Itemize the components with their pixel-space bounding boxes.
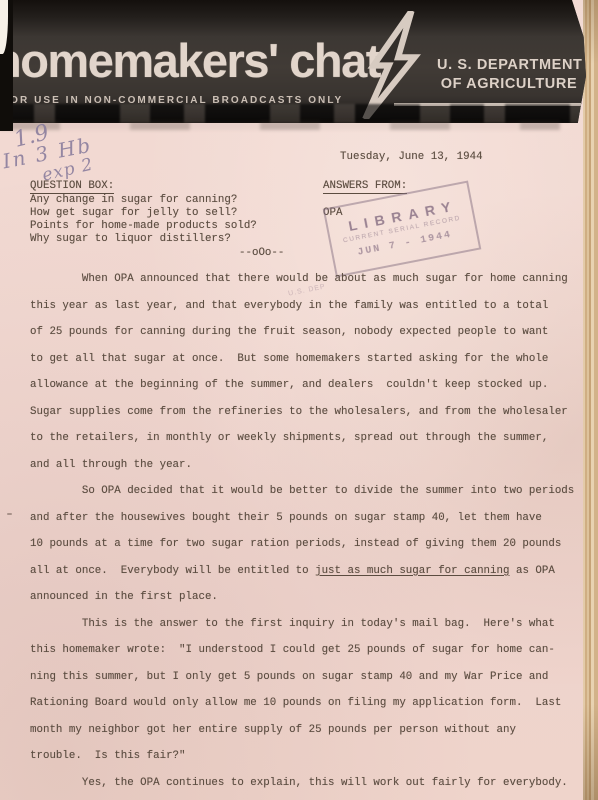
- question-item: Why sugar to liquor distillers?: [30, 233, 257, 246]
- body-line: to the retailers, in monthly or weekly s…: [30, 425, 582, 452]
- body-line: and after the housewives bought their 5 …: [30, 505, 582, 532]
- masthead-banner: homemakers' chat FOR USE IN NON-COMMERCI…: [0, 0, 586, 123]
- agency-line1: U. S. DEPARTMENT: [437, 56, 581, 75]
- question-item: Points for home-made products sold?: [30, 220, 257, 233]
- body-line: So OPA decided that it would be better t…: [30, 478, 582, 505]
- body-line: to get all that sugar at once. But some …: [30, 346, 582, 373]
- body-line: Sugar supplies come from the refineries …: [30, 399, 582, 426]
- section-separator: --oOo--: [239, 247, 284, 259]
- body-line: Yes, the OPA continues to explain, this …: [30, 770, 582, 797]
- date-line: Tuesday, June 13, 1944: [340, 151, 483, 163]
- body-line-with-underline: all at once. Everybody will be entitled …: [30, 558, 582, 585]
- underlined-phrase: just as much sugar for canning: [315, 565, 509, 577]
- body-line: When OPA announced that there would be a…: [30, 266, 582, 293]
- answers-from-heading: ANSWERS FROM:: [323, 180, 407, 194]
- body-line: This is the answer to the first inquiry …: [30, 611, 582, 638]
- scanned-document-page: homemakers' chat FOR USE IN NON-COMMERCI…: [0, 0, 598, 800]
- body-text: When OPA announced that there would be a…: [30, 266, 582, 796]
- body-line-suffix: as OPA: [509, 565, 554, 577]
- body-line: this homemaker wrote: "I understood I co…: [30, 637, 582, 664]
- agency-line2: OF AGRICULTURE: [437, 75, 581, 94]
- body-line: and all through the year.: [30, 452, 582, 479]
- body-line: month my neighbor got her entire supply …: [30, 717, 582, 744]
- ink-speck: [7, 513, 12, 515]
- question-item: How get sugar for jelly to sell?: [30, 207, 257, 220]
- body-line: trouble. Is this fair?": [30, 743, 582, 770]
- question-box: QUESTION BOX: Any change in sugar for ca…: [30, 180, 257, 246]
- body-line: announced in the first place.: [30, 584, 582, 611]
- body-line: of 25 pounds for canning during the frui…: [30, 319, 582, 346]
- body-line: ning this summer, but I only get 5 pound…: [30, 664, 582, 691]
- body-line: Rationing Board would only allow me 10 p…: [30, 690, 582, 717]
- body-line: allowance at the beginning of the summer…: [30, 372, 582, 399]
- page-edge-texture: [583, 0, 598, 800]
- scan-smear: [0, 121, 560, 130]
- body-line-prefix: all at once. Everybody will be entitled …: [30, 565, 315, 577]
- body-line: this year as last year, and that everybo…: [30, 293, 582, 320]
- agency-name: U. S. DEPARTMENT OF AGRICULTURE: [437, 56, 581, 94]
- question-item: Any change in sugar for canning?: [30, 194, 257, 207]
- masthead-title: homemakers' chat: [0, 33, 380, 88]
- question-box-heading: QUESTION BOX:: [30, 180, 114, 194]
- body-line: 10 pounds at a time for two sugar ration…: [30, 531, 582, 558]
